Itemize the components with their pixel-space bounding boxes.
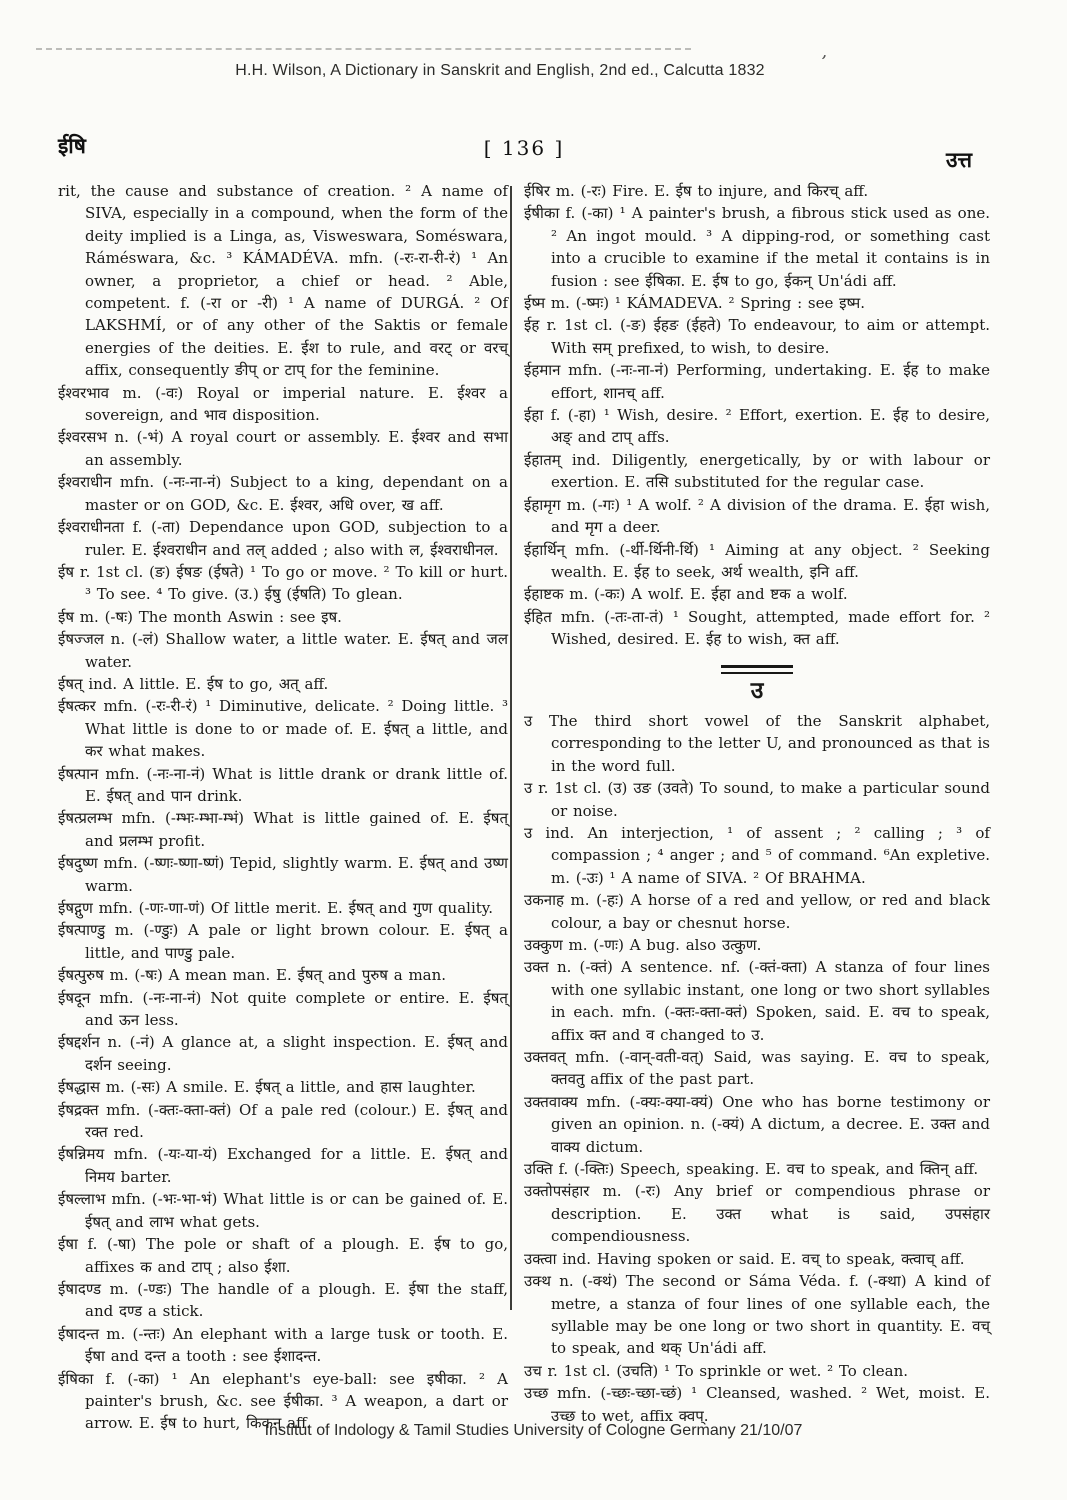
dictionary-entry: ईषदून mfn. (-नः-ना-नं) Not quite complet… — [58, 987, 508, 1032]
dictionary-entry: ईश्वराधीनता f. (-ता) Dependance upon GOD… — [58, 516, 508, 561]
dictionary-entry: उक्ति f. (-क्तिः) Speech, speaking. E. व… — [524, 1158, 990, 1180]
dictionary-entry: ईषादन्त m. (-न्तः) An elephant with a la… — [58, 1323, 508, 1368]
dictionary-entry: उक्कुण m. (-णः) A bug. also उत्कुण. — [524, 934, 990, 956]
dictionary-entry: ईषादण्ड m. (-ण्डः) The handle of a ploug… — [58, 1278, 508, 1323]
left-column: rit, the cause and substance of creation… — [58, 180, 508, 1435]
section-divider-rule — [721, 665, 793, 674]
dictionary-entry: ईहा f. (-हा) ¹ Wish, desire. ² Effort, e… — [524, 404, 990, 449]
dictionary-entry: उच्छ mfn. (-च्छः-च्छा-च्छं) ¹ Cleansed, … — [524, 1382, 990, 1427]
dictionary-entry: उक्त्वा ind. Having spoken or said. E. व… — [524, 1248, 990, 1270]
dictionary-entry: ईषदुष्ण mfn. (-ष्णः-ष्णा-ष्णं) Tepid, sl… — [58, 852, 508, 897]
dictionary-entry: ईषत्पान mfn. (-नः-ना-नं) What is little … — [58, 763, 508, 808]
dictionary-entry: उ ind. An interjection, ¹ of assent ; ² … — [524, 822, 990, 889]
scan-artifact-line — [36, 48, 691, 50]
dictionary-entry: उक्तोपसंहार m. (-रः) Any brief or compen… — [524, 1180, 990, 1247]
catchword-right: उत्त — [946, 146, 972, 174]
dictionary-entry: ईष r. 1st cl. (ङ) ईषङ (ईषते) ¹ To go or … — [58, 561, 508, 606]
dictionary-entry: उक्तवत् mfn. (-वान्-वती-वत्) Said, was s… — [524, 1046, 990, 1091]
page-number: [ 136 ] — [58, 136, 990, 160]
dictionary-entry: ईषा f. (-षा) The pole or shaft of a plou… — [58, 1233, 508, 1278]
dictionary-entry: उ The third short vowel of the Sanskrit … — [524, 710, 990, 777]
dictionary-entry: ईषद्रक्त mfn. (-क्तः-क्ता-क्तं) Of a pal… — [58, 1099, 508, 1144]
right-column-part-1: ईषिर m. (-रः) Fire. E. ईष to injure, and… — [524, 180, 990, 651]
scan-footer-caption: Institut of Indology & Tamil Studies Uni… — [0, 1422, 1067, 1440]
dictionary-entry: उकनाह m. (-हः) A horse of a red and yell… — [524, 889, 990, 934]
dictionary-entry: ईषत्कर mfn. (-रः-री-रं) ¹ Diminutive, de… — [58, 695, 508, 762]
dictionary-entry: उच r. 1st cl. (उचति) ¹ To sprinkle or we… — [524, 1360, 990, 1382]
dictionary-entry: ईष m. (-षः) The month Aswin : see इष. — [58, 606, 508, 628]
dictionary-entry: ईषिर m. (-रः) Fire. E. ईष to injure, and… — [524, 180, 990, 202]
dictionary-entry: ईषद्गुण mfn. (-णः-णा-णं) Of little merit… — [58, 897, 508, 919]
dictionary-entry: rit, the cause and substance of creation… — [58, 180, 508, 382]
dictionary-entry: ईषीका f. (-का) ¹ A painter's brush, a fi… — [524, 202, 990, 292]
dictionary-entry: ईषद्धास m. (-सः) A smile. E. ईषत् a litt… — [58, 1076, 508, 1098]
dictionary-entry: ईश्वराधीन mfn. (-नः-ना-नं) Subject to a … — [58, 471, 508, 516]
dictionary-entry: ईश्वरभाव m. (-वः) Royal or imperial natu… — [58, 382, 508, 427]
dictionary-entry: ईषन्निमय mfn. (-यः-या-यं) Exchanged for … — [58, 1143, 508, 1188]
dictionary-entry: ईह r. 1st cl. (-ङ) ईहङ (ईहते) To endeavo… — [524, 314, 990, 359]
dictionary-entry: ईषल्लाभ mfn. (-भः-भा-भं) What little is … — [58, 1188, 508, 1233]
dictionary-entry: उक्थ n. (-क्थं) The second or Sáma Véda.… — [524, 1270, 990, 1360]
dictionary-entry: ईहार्थिन् mfn. (-र्थी-र्थिनी-र्थि) ¹ Aim… — [524, 539, 990, 584]
dictionary-entry: ईहामृग m. (-गः) ¹ A wolf. ² A division o… — [524, 494, 990, 539]
dictionary-entry: उक्तवाक्य mfn. (-क्यः-क्या-क्यं) One who… — [524, 1091, 990, 1158]
dictionary-entry: ईश्वरसभ n. (-भं) A royal court or assemb… — [58, 426, 508, 471]
dictionary-entry: ईषत्पुरुष m. (-षः) A mean man. E. ईषत् a… — [58, 964, 508, 986]
dictionary-entry: उ r. 1st cl. (उ) उङ (उवते) To sound, to … — [524, 777, 990, 822]
dictionary-scan-page: ’ H.H. Wilson, A Dictionary in Sanskrit … — [0, 0, 1067, 1500]
right-column-part-2: उ The third short vowel of the Sanskrit … — [524, 710, 990, 1427]
column-divider-rule — [510, 186, 512, 1310]
right-column: ईषिर m. (-रः) Fire. E. ईष to injure, and… — [524, 180, 990, 1427]
dictionary-entry: ईषज्जल n. (-लं) Shallow water, a little … — [58, 628, 508, 673]
page-header: ईषि [ 136 ] उत्त — [58, 132, 990, 172]
dictionary-entry: ईहमान mfn. (-नः-ना-नं) Performing, under… — [524, 359, 990, 404]
dictionary-entry: ईषत्प्रलम्भ mfn. (-म्भः-म्भा-म्भं) What … — [58, 807, 508, 852]
dictionary-entry: उक्त n. (-क्तं) A sentence. nf. (-क्तं-क… — [524, 956, 990, 1046]
dictionary-entry: ईषद्दर्शन n. (-नं) A glance at, a slight… — [58, 1031, 508, 1076]
section-letter-heading: उ — [524, 680, 990, 702]
dictionary-entry: ईषत्पाण्डु m. (-ण्डुः) A pale or light b… — [58, 919, 508, 964]
dictionary-entry: ईहातम् ind. Diligently, energetically, b… — [524, 449, 990, 494]
dictionary-entry: ईहित mfn. (-तः-ता-तं) ¹ Sought, attempte… — [524, 606, 990, 651]
dictionary-entry: ईष्म m. (-ष्मः) ¹ KÁMADEVA. ² Spring : s… — [524, 292, 990, 314]
scan-header-caption: H.H. Wilson, A Dictionary in Sanskrit an… — [0, 62, 1000, 80]
dictionary-entry: ईहाष्टक m. (-कः) A wolf. E. ईहा and ष्टक… — [524, 583, 990, 605]
dictionary-entry: ईषत् ind. A little. E. ईष to go, अत् aff… — [58, 673, 508, 695]
